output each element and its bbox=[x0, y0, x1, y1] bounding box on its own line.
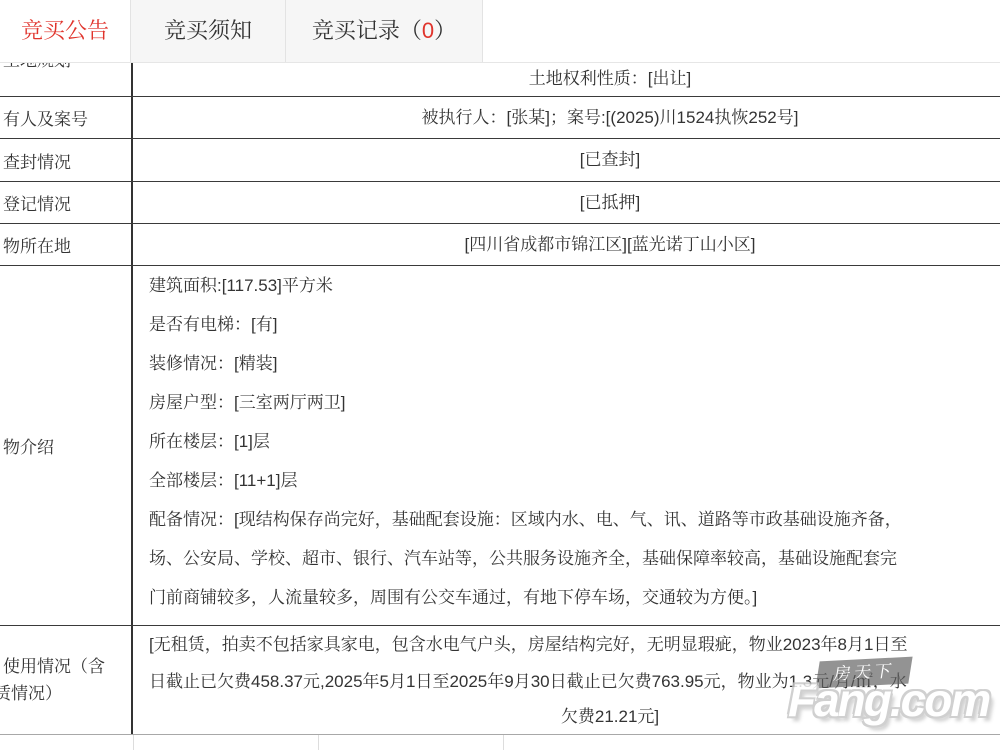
row-value-seizure: [已查封] bbox=[135, 139, 1000, 181]
next-table-row-partial bbox=[0, 735, 1000, 750]
tab-records-count: 0 bbox=[422, 18, 434, 43]
tab-auction-notice[interactable]: 竞买须知 bbox=[130, 0, 285, 62]
table-grid-line bbox=[318, 735, 319, 750]
row-value-owner-case: 被执行人：[张某]；案号:[(2025)川1524执恢252号] bbox=[135, 97, 1000, 138]
tab-bar: 竞买公告 竞买须知 竞买记录（0） bbox=[0, 0, 1000, 63]
intro-line-layout: 房屋户型：[三室两厅两卫] bbox=[149, 383, 1000, 422]
table-row-registration: 登记情况 [已抵押] bbox=[0, 182, 1000, 224]
row-value-usage: [无租赁，拍卖不包括家具家电，包含水电气户头，房屋结构完好，无明显瑕疵，物业20… bbox=[0, 626, 1000, 734]
row-value-land-right: 土地权利性质：[出让] bbox=[135, 62, 1000, 96]
row-label-usage: 使用情况（含 赁情况） bbox=[0, 626, 133, 734]
intro-line-area: 建筑面积:[117.53]平方米 bbox=[149, 266, 1000, 305]
tab-auction-records[interactable]: 竞买记录（0） bbox=[285, 0, 483, 62]
intro-line-floor: 所在楼层：[1]层 bbox=[149, 422, 1000, 461]
intro-line-facility-2: 场、公安局、学校、超市、银行、汽车站等，公共服务设施齐全，基础保障率较高，基础设… bbox=[149, 539, 1000, 578]
intro-line-facility-3: 门前商铺较多，人流量较多，周围有公交车通过，有地下停车场，交通较为方便。] bbox=[149, 578, 1000, 617]
row-label-registration: 登记情况 bbox=[0, 182, 133, 223]
row-label-owner-case: 有人及案号 bbox=[0, 97, 133, 138]
intro-line-facility-1: 配备情况：[现结构保存尚完好，基础配套设施：区域内水、电、气、讯、道路等市政基础… bbox=[149, 500, 1000, 539]
usage-line-2: 日截止已欠费458.37元,2025年5月1日至2025年9月30日截止已欠费7… bbox=[135, 663, 1000, 700]
table-row-seizure: 查封情况 [已查封] bbox=[0, 139, 1000, 182]
intro-line-elevator: 是否有电梯：[有] bbox=[149, 305, 1000, 344]
table-row-land-planning: 土地规划 土地权利性质：[出让] bbox=[0, 62, 1000, 97]
tab-records-suffix: ） bbox=[434, 18, 456, 43]
table-row-usage: 使用情况（含 赁情况） [无租赁，拍卖不包括家具家电，包含水电气户头，房屋结构完… bbox=[0, 626, 1000, 735]
row-label-location: 物所在地 bbox=[0, 224, 133, 265]
tab-records-prefix: 竞买记录（ bbox=[312, 18, 422, 43]
tab-auction-announcement[interactable]: 竞买公告 bbox=[0, 0, 130, 62]
row-label-usage-line1: 使用情况（含 bbox=[3, 653, 131, 680]
auction-detail-table: 土地规划 土地权利性质：[出让] 有人及案号 被执行人：[张某]；案号:[(20… bbox=[0, 62, 1000, 750]
row-label-usage-line2: 赁情况） bbox=[0, 680, 131, 707]
row-label-land-planning: 土地规划 bbox=[0, 62, 133, 96]
row-value-property-intro: 建筑面积:[117.53]平方米 是否有电梯：[有] 装修情况：[精装] 房屋户… bbox=[135, 266, 1000, 617]
table-grid-line bbox=[503, 735, 504, 750]
table-row-location: 物所在地 [四川省成都市锦江区][蓝光诺丁山小区] bbox=[0, 224, 1000, 266]
usage-line-1: [无租赁，拍卖不包括家具家电，包含水电气户头，房屋结构完好，无明显瑕疵，物业20… bbox=[135, 626, 1000, 663]
table-grid-line bbox=[133, 735, 134, 750]
table-row-property-intro: 物介绍 建筑面积:[117.53]平方米 是否有电梯：[有] 装修情况：[精装]… bbox=[0, 266, 1000, 626]
intro-line-total-floor: 全部楼层：[11+1]层 bbox=[149, 461, 1000, 500]
intro-line-decoration: 装修情况：[精装] bbox=[149, 344, 1000, 383]
table-row-owner-case: 有人及案号 被执行人：[张某]；案号:[(2025)川1524执恢252号] bbox=[0, 97, 1000, 139]
row-value-location: [四川省成都市锦江区][蓝光诺丁山小区] bbox=[135, 224, 1000, 265]
row-label-seizure: 查封情况 bbox=[0, 139, 133, 181]
usage-line-3: 欠费21.21元] bbox=[135, 700, 1000, 734]
row-value-registration: [已抵押] bbox=[135, 182, 1000, 223]
row-label-property-intro: 物介绍 bbox=[0, 266, 133, 625]
